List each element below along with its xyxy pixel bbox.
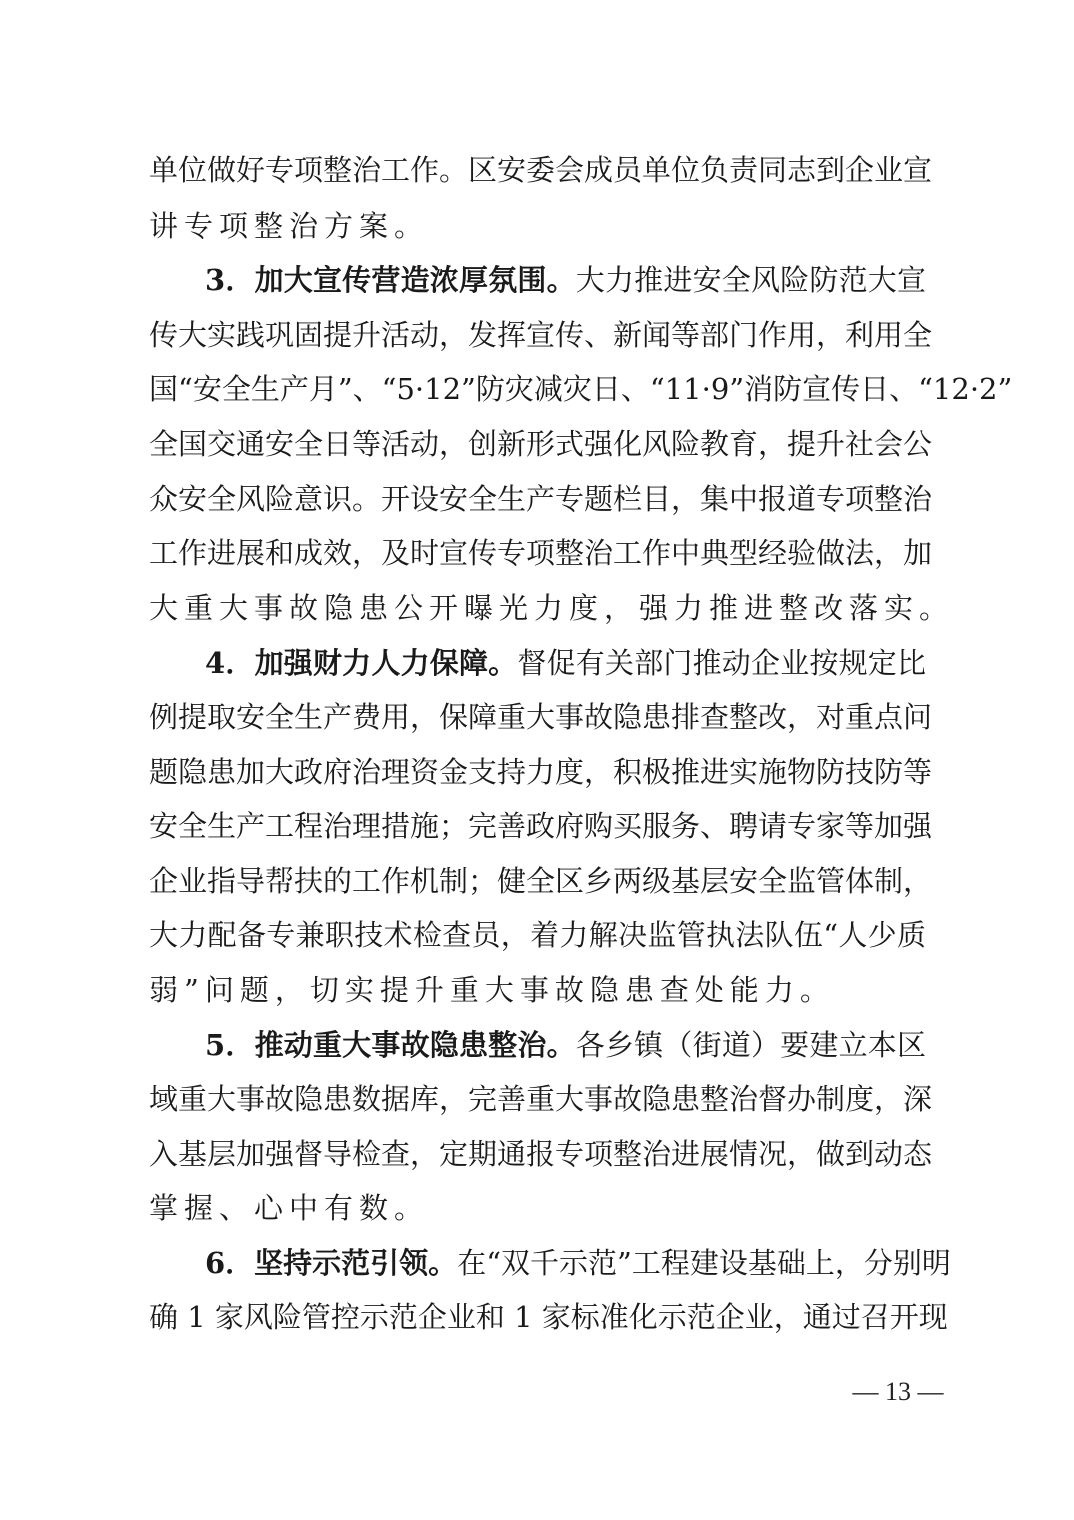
section-heading: 6．坚持示范引领。 <box>205 1246 457 1280</box>
text-line: 入基层加强督导检查，定期通报专项整治进展情况，做到动态 <box>149 1134 926 1174</box>
text-run: 大力推进安全风险防范大宣 <box>576 263 926 297</box>
text-line: 讲专项整治方案。 <box>149 206 926 246</box>
text-line: 企业指导帮扶的工作机制；健全区乡两级基层安全监管体制， <box>149 861 926 901</box>
text-line: 工作进展和成效，及时宣传专项整治工作中典型经验做法，加 <box>149 533 926 573</box>
section-3-first-line: 3．加大宣传营造浓厚氛围。大力推进安全风险防范大宣 <box>205 260 926 300</box>
text-line: 大力配备专兼职技术检查员，着力解决监管执法队伍“人少质 <box>149 915 926 955</box>
text-line: 众安全风险意识。开设安全生产专题栏目，集中报道专项整治 <box>149 479 926 519</box>
text-run: 督促有关部门推动企业按规定比 <box>517 646 926 680</box>
section-5-first-line: 5．推动重大事故隐患整治。各乡镇（街道）要建立本区 <box>205 1025 926 1065</box>
text-line: 域重大事故隐患数据库，完善重大事故隐患整治督办制度，深 <box>149 1079 926 1119</box>
page-number: — 13 — <box>843 1374 953 1410</box>
text-line: 弱”问题，切实提升重大事故隐患查处能力。 <box>149 970 926 1010</box>
document-page: 单位做好专项整治工作。区安委会成员单位负责同志到企业宣 讲专项整治方案。 3．加… <box>0 0 1074 1520</box>
section-heading: 3．加大宣传营造浓厚氛围。 <box>205 263 576 297</box>
section-4-first-line: 4．加强财力人力保障。督促有关部门推动企业按规定比 <box>205 643 926 683</box>
text-run: 在“双千示范”工程建设基础上，分别明 <box>457 1246 951 1280</box>
text-line: 掌握、心中有数。 <box>149 1188 926 1228</box>
text-line: 传大实践巩固提升活动，发挥宣传、新闻等部门作用，利用全 <box>149 315 926 355</box>
section-6-first-line: 6．坚持示范引领。在“双千示范”工程建设基础上，分别明 <box>205 1243 926 1283</box>
text-line: 例提取安全生产费用，保障重大事故隐患排查整改，对重点问 <box>149 697 926 737</box>
section-heading: 4．加强财力人力保障。 <box>205 646 517 680</box>
text-run: 各乡镇（街道）要建立本区 <box>576 1028 926 1062</box>
text-line: 安全生产工程治理措施；完善政府购买服务、聘请专家等加强 <box>149 806 926 846</box>
section-heading: 5．推动重大事故隐患整治。 <box>205 1028 576 1062</box>
text-line: 题隐患加大政府治理资金支持力度，积极推进实施物防技防等 <box>149 752 926 792</box>
text-line: 单位做好专项整治工作。区安委会成员单位负责同志到企业宣 <box>149 150 926 190</box>
text-line: 国“安全生产月”、“5·12”防灾减灾日、“11·9”消防宣传日、“12·2” <box>149 369 926 409</box>
text-line: 全国交通安全日等活动，创新形式强化风险教育，提升社会公 <box>149 424 926 464</box>
text-line: 大重大事故隐患公开曝光力度，强力推进整改落实。 <box>149 588 926 628</box>
text-line: 确 1 家风险管控示范企业和 1 家标准化示范企业，通过召开现 <box>149 1297 926 1337</box>
